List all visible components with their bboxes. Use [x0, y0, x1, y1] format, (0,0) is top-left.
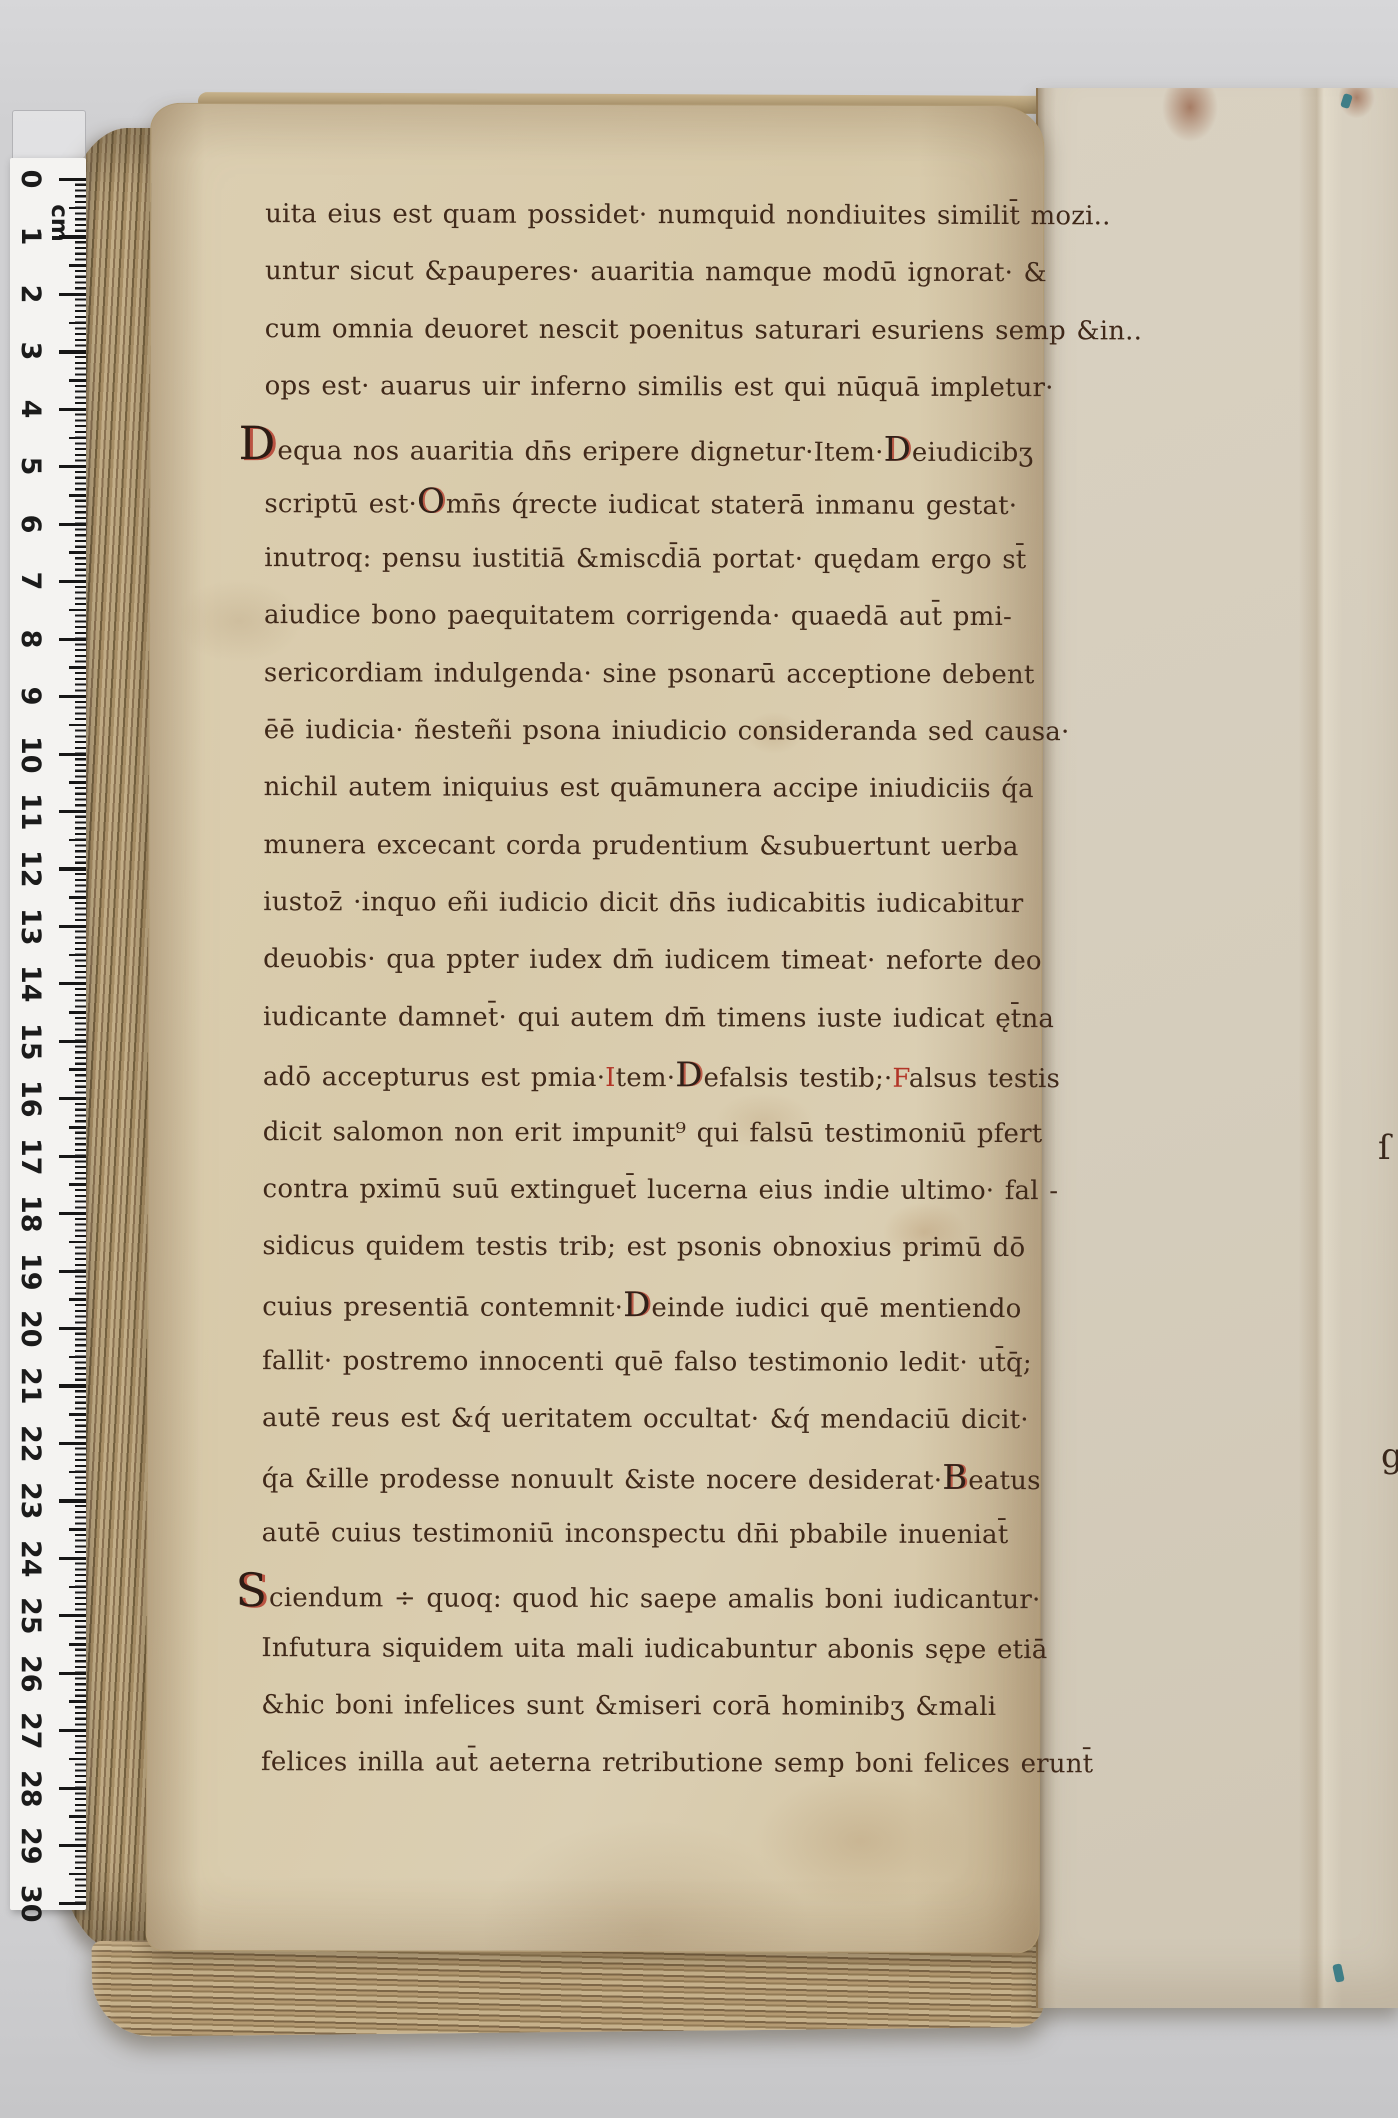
ruler-number: 11 [14, 793, 46, 829]
ruler-cm-tick [59, 1270, 86, 1273]
text-segment: eatus [968, 1466, 1041, 1496]
ruler-half-tick [69, 1298, 86, 1301]
ruler-number: 25 [14, 1597, 46, 1633]
ruler-number: 4 [14, 391, 46, 427]
text-segment: inutroq: pensu iustitiā &miscd̄iā portat… [264, 543, 1026, 575]
text-segment: untur sicut &pauperes· auaritia namque m… [265, 256, 1047, 288]
decorated-initial: D [238, 416, 277, 470]
text-segment: uita eius est quam possidet· numquid non… [265, 199, 1111, 231]
ruler: cm 0123456789101112131415161718192021222… [10, 158, 86, 1910]
ruler-half-tick [69, 1356, 86, 1359]
text-line: aiudice bono paequitatem corrigenda· qua… [264, 588, 1054, 647]
ruler-number: 7 [14, 563, 46, 599]
ruler-number: 0 [14, 161, 46, 197]
ruler-cm-tick [59, 1557, 86, 1560]
ruler-cm-tick [59, 1327, 86, 1330]
ruler-number: 19 [14, 1253, 46, 1289]
ruler-number: 22 [14, 1425, 46, 1461]
ruler-half-tick [69, 609, 86, 612]
text-segment: sericordiam indulgenda· sine psonarū acc… [264, 658, 1035, 690]
facing-page-text-glyph: g [1381, 1436, 1398, 1476]
text-segment: tem· [616, 1063, 676, 1093]
ruler-half-tick [69, 1126, 86, 1129]
ruler-half-tick [69, 1011, 86, 1014]
ruler-half-tick [69, 666, 86, 669]
decorated-initial: D [675, 1055, 703, 1095]
ruler-half-tick [69, 1700, 86, 1703]
ruler-number: 6 [14, 506, 46, 542]
ruler-cm-tick [59, 523, 86, 526]
ruler-cm-tick [59, 1097, 86, 1100]
text-segment: q́a &ille prodesse nonuult &iste nocere … [262, 1464, 942, 1496]
ruler-half-tick [69, 322, 86, 325]
manuscript-photo: ſg uita eius est quam possidet· numquid … [0, 0, 1398, 2118]
text-segment: munera excecant corda prudentium &subuer… [263, 830, 1018, 862]
ruler-number: 26 [14, 1655, 46, 1691]
text-line: q́a &ille prodesse nonuult &iste nocere … [262, 1448, 1052, 1507]
text-segment: dicit salomon non erit impunit⁹ qui fals… [263, 1117, 1043, 1149]
ruler-half-tick [69, 1471, 86, 1474]
ruler-cm-tick [59, 1902, 86, 1905]
text-line: Sciendum ÷ quoq: quod hic saepe amalis b… [261, 1562, 1051, 1621]
text-segment: scriptū est· [264, 489, 417, 519]
text-segment: ēē iudicia· ñesteñi psona iniudicio cons… [264, 715, 1070, 747]
text-line: cum omnia deuoret nescit poenitus satura… [265, 301, 1055, 360]
ruler-half-tick [69, 1873, 86, 1876]
text-segment: iudicante damnet̄· qui autem dm̄ timens … [263, 1002, 1054, 1034]
ruler-number: 14 [14, 965, 46, 1001]
ruler-half-tick [69, 494, 86, 497]
ruler-half-tick [69, 379, 86, 382]
text-line: sidicus quidem testis trib; est psonis o… [262, 1218, 1052, 1277]
ruler-cm-tick [59, 1672, 86, 1675]
text-line: &hic boni infelices sunt &miseri corā ho… [261, 1677, 1051, 1736]
ruler-number: 20 [14, 1310, 46, 1346]
text-segment: cuius presentiā contemnit· [262, 1292, 623, 1323]
ruler-half-tick [69, 551, 86, 554]
ruler-cm-tick [59, 178, 86, 181]
text-segment: eiudicibʒ [912, 438, 1033, 468]
decorated-initial: D [884, 430, 912, 470]
text-segment: &hic boni infelices sunt &miseri corā ho… [261, 1690, 996, 1722]
ruler-half-tick [69, 724, 86, 727]
text-line: felices inilla aut̄ aeterna retributione… [261, 1734, 1051, 1793]
ruler-half-tick [69, 207, 86, 210]
text-line: contra pximū suū extinguet̄ lucerna eius… [263, 1161, 1053, 1220]
ruler-cm-tick [59, 1614, 86, 1617]
ruler-cm-tick [59, 235, 86, 238]
text-segment: ciendum ÷ quoq: quod hic saepe amalis bo… [269, 1583, 1041, 1615]
ruler-number: 15 [14, 1023, 46, 1059]
ruler-number: 9 [14, 678, 46, 714]
ruler-number: 2 [14, 276, 46, 312]
ruler-number: 21 [14, 1367, 46, 1403]
rubric-letter: I [605, 1063, 616, 1093]
decorated-initial: S [235, 1563, 269, 1617]
text-line: dicit salomon non erit impunit⁹ qui fals… [263, 1104, 1053, 1163]
ruler-half-tick [69, 1183, 86, 1186]
text-line: Infutura siquidem uita mali iudicabuntur… [261, 1620, 1051, 1679]
text-segment: mn̄s q́recte iudicat staterā inmanu gest… [446, 489, 1018, 520]
text-segment: Infutura siquidem uita mali iudicabuntur… [261, 1633, 1047, 1665]
ruler-cap [12, 110, 86, 164]
ruler-number: 18 [14, 1195, 46, 1231]
ruler-number: 30 [14, 1885, 46, 1921]
ruler-number: 13 [14, 908, 46, 944]
ruler-cm-tick [59, 638, 86, 641]
manuscript-page: uita eius est quam possidet· numquid non… [146, 103, 1045, 1953]
ruler-cm-tick [59, 1844, 86, 1847]
text-line: ēē iudicia· ñesteñi psona iniudicio cons… [264, 702, 1054, 761]
ruler-cm-tick [59, 1729, 86, 1732]
text-segment: sidicus quidem testis trib; est psonis o… [262, 1231, 1025, 1263]
ruler-number: 12 [14, 850, 46, 886]
text-segment: cum omnia deuoret nescit poenitus satura… [265, 314, 1142, 346]
text-segment: aiudice bono paequitatem corrigenda· qua… [264, 601, 1012, 633]
ruler-half-tick [69, 896, 86, 899]
ruler-number: 27 [14, 1712, 46, 1748]
ruler-number: 17 [14, 1138, 46, 1174]
ruler-cm-tick [59, 1442, 86, 1445]
text-line: nichil autem iniquius est quāmunera acci… [264, 760, 1054, 819]
text-segment: contra pximū suū extinguet̄ lucerna eius… [263, 1174, 1059, 1206]
text-segment: ops est· auarus uir inferno similis est … [265, 371, 1054, 403]
text-line: fallit· postremo innocenti quē falso tes… [262, 1333, 1052, 1392]
text-line: iustoz̄ ·inquo eñi iudicio dicit dn̄s iu… [263, 874, 1053, 933]
text-segment: deuobis· qua ppter iudex dm̄ iudicem tim… [263, 945, 1042, 977]
ruler-half-tick [69, 1815, 86, 1818]
text-line: sericordiam indulgenda· sine psonarū acc… [264, 645, 1054, 704]
text-line: autē reus est &q́ ueritatem occultat· &q… [262, 1390, 1052, 1449]
ruler-cm-tick [59, 1040, 86, 1043]
ruler-cm-tick [59, 465, 86, 468]
text-line: cuius presentiā contemnit·Deinde iudici … [262, 1276, 1052, 1335]
text-segment: efalsis testib;· [703, 1063, 892, 1093]
text-block: uita eius est quam possidet· numquid non… [261, 186, 1055, 1794]
rubric-letter: F [892, 1064, 909, 1094]
ruler-cm-tick [59, 1155, 86, 1158]
ruler-number: 28 [14, 1770, 46, 1806]
text-segment: iustoz̄ ·inquo eñi iudicio dicit dn̄s iu… [263, 887, 1023, 919]
ruler-number: 23 [14, 1482, 46, 1518]
ruler-half-tick [69, 1413, 86, 1416]
ruler-cm-tick [59, 925, 86, 928]
ruler-half-tick [69, 781, 86, 784]
text-segment: autē reus est &q́ ueritatem occultat· &q… [262, 1403, 1029, 1435]
text-segment: autē cuius testimoniū inconspectu dn̄i p… [262, 1518, 1009, 1550]
text-line: deuobis· qua ppter iudex dm̄ iudicem tim… [263, 932, 1053, 991]
ruler-cm-tick [59, 1212, 86, 1215]
text-segment: adō accepturus est pmia· [263, 1062, 605, 1093]
ruler-half-tick [69, 1528, 86, 1531]
decorated-initial: O [417, 481, 446, 521]
ruler-number: 8 [14, 621, 46, 657]
text-line: autē cuius testimoniū inconspectu dn̄i p… [262, 1505, 1052, 1564]
facing-page: ſg [1036, 88, 1398, 2008]
ruler-number: 16 [14, 1080, 46, 1116]
text-segment: equa nos auaritia dn̄s eripere dignetur·… [277, 437, 883, 469]
ruler-cm-tick [59, 1787, 86, 1790]
text-line: uita eius est quam possidet· numquid non… [265, 186, 1055, 245]
text-line: untur sicut &pauperes· auaritia namque m… [265, 243, 1055, 302]
ruler-cm-tick [59, 982, 86, 985]
text-line: Dequa nos auaritia dn̄s eripere dignetur… [264, 416, 1054, 475]
text-segment: nichil autem iniquius est quāmunera acci… [264, 773, 1034, 805]
text-segment: einde iudici quē mentiendo [651, 1293, 1021, 1324]
ruler-half-tick [69, 1586, 86, 1589]
text-line: scriptū est·Omn̄s q́recte iudicat stater… [264, 473, 1054, 532]
ruler-cm-tick [59, 695, 86, 698]
ruler-half-tick [69, 839, 86, 842]
text-line: iudicante damnet̄· qui autem dm̄ timens … [263, 989, 1053, 1048]
ruler-cm-tick [59, 753, 86, 756]
ruler-number: 10 [14, 736, 46, 772]
ruler-half-tick [69, 1241, 86, 1244]
ruler-half-tick [69, 264, 86, 267]
ruler-number: 1 [14, 218, 46, 254]
text-line: adō accepturus est pmia·Item·Defalsis te… [263, 1046, 1053, 1105]
text-segment: fallit· postremo innocenti quē falso tes… [262, 1346, 1032, 1378]
ruler-cm-tick [59, 1499, 86, 1502]
ruler-cm-tick [59, 1384, 86, 1387]
ruler-cm-tick [59, 867, 86, 870]
text-segment: felices inilla aut̄ aeterna retributione… [261, 1747, 1093, 1779]
decorated-initial: D [623, 1285, 651, 1325]
ruler-number: 3 [14, 333, 46, 369]
text-line: inutroq: pensu iustitiā &miscd̄iā portat… [264, 530, 1054, 589]
ruler-half-tick [69, 954, 86, 957]
ruler-half-tick [69, 1758, 86, 1761]
text-segment: alsus testis [909, 1064, 1060, 1094]
facing-page-text-glyph: ſ [1378, 1128, 1391, 1168]
ruler-half-tick [69, 1068, 86, 1071]
ruler-number: 24 [14, 1540, 46, 1576]
ruler-half-tick [69, 437, 86, 440]
ruler-cm-tick [59, 350, 86, 353]
ruler-cm-tick [59, 293, 86, 296]
ruler-number: 29 [14, 1827, 46, 1863]
ruler-cm-tick [59, 810, 86, 813]
ruler-cm-tick [59, 580, 86, 583]
text-line: ops est· auarus uir inferno similis est … [265, 358, 1055, 417]
decorated-initial: B [942, 1457, 968, 1497]
ruler-half-tick [69, 1643, 86, 1646]
ruler-cm-tick [59, 408, 86, 411]
ruler-number: 5 [14, 448, 46, 484]
text-line: munera excecant corda prudentium &subuer… [263, 817, 1053, 876]
